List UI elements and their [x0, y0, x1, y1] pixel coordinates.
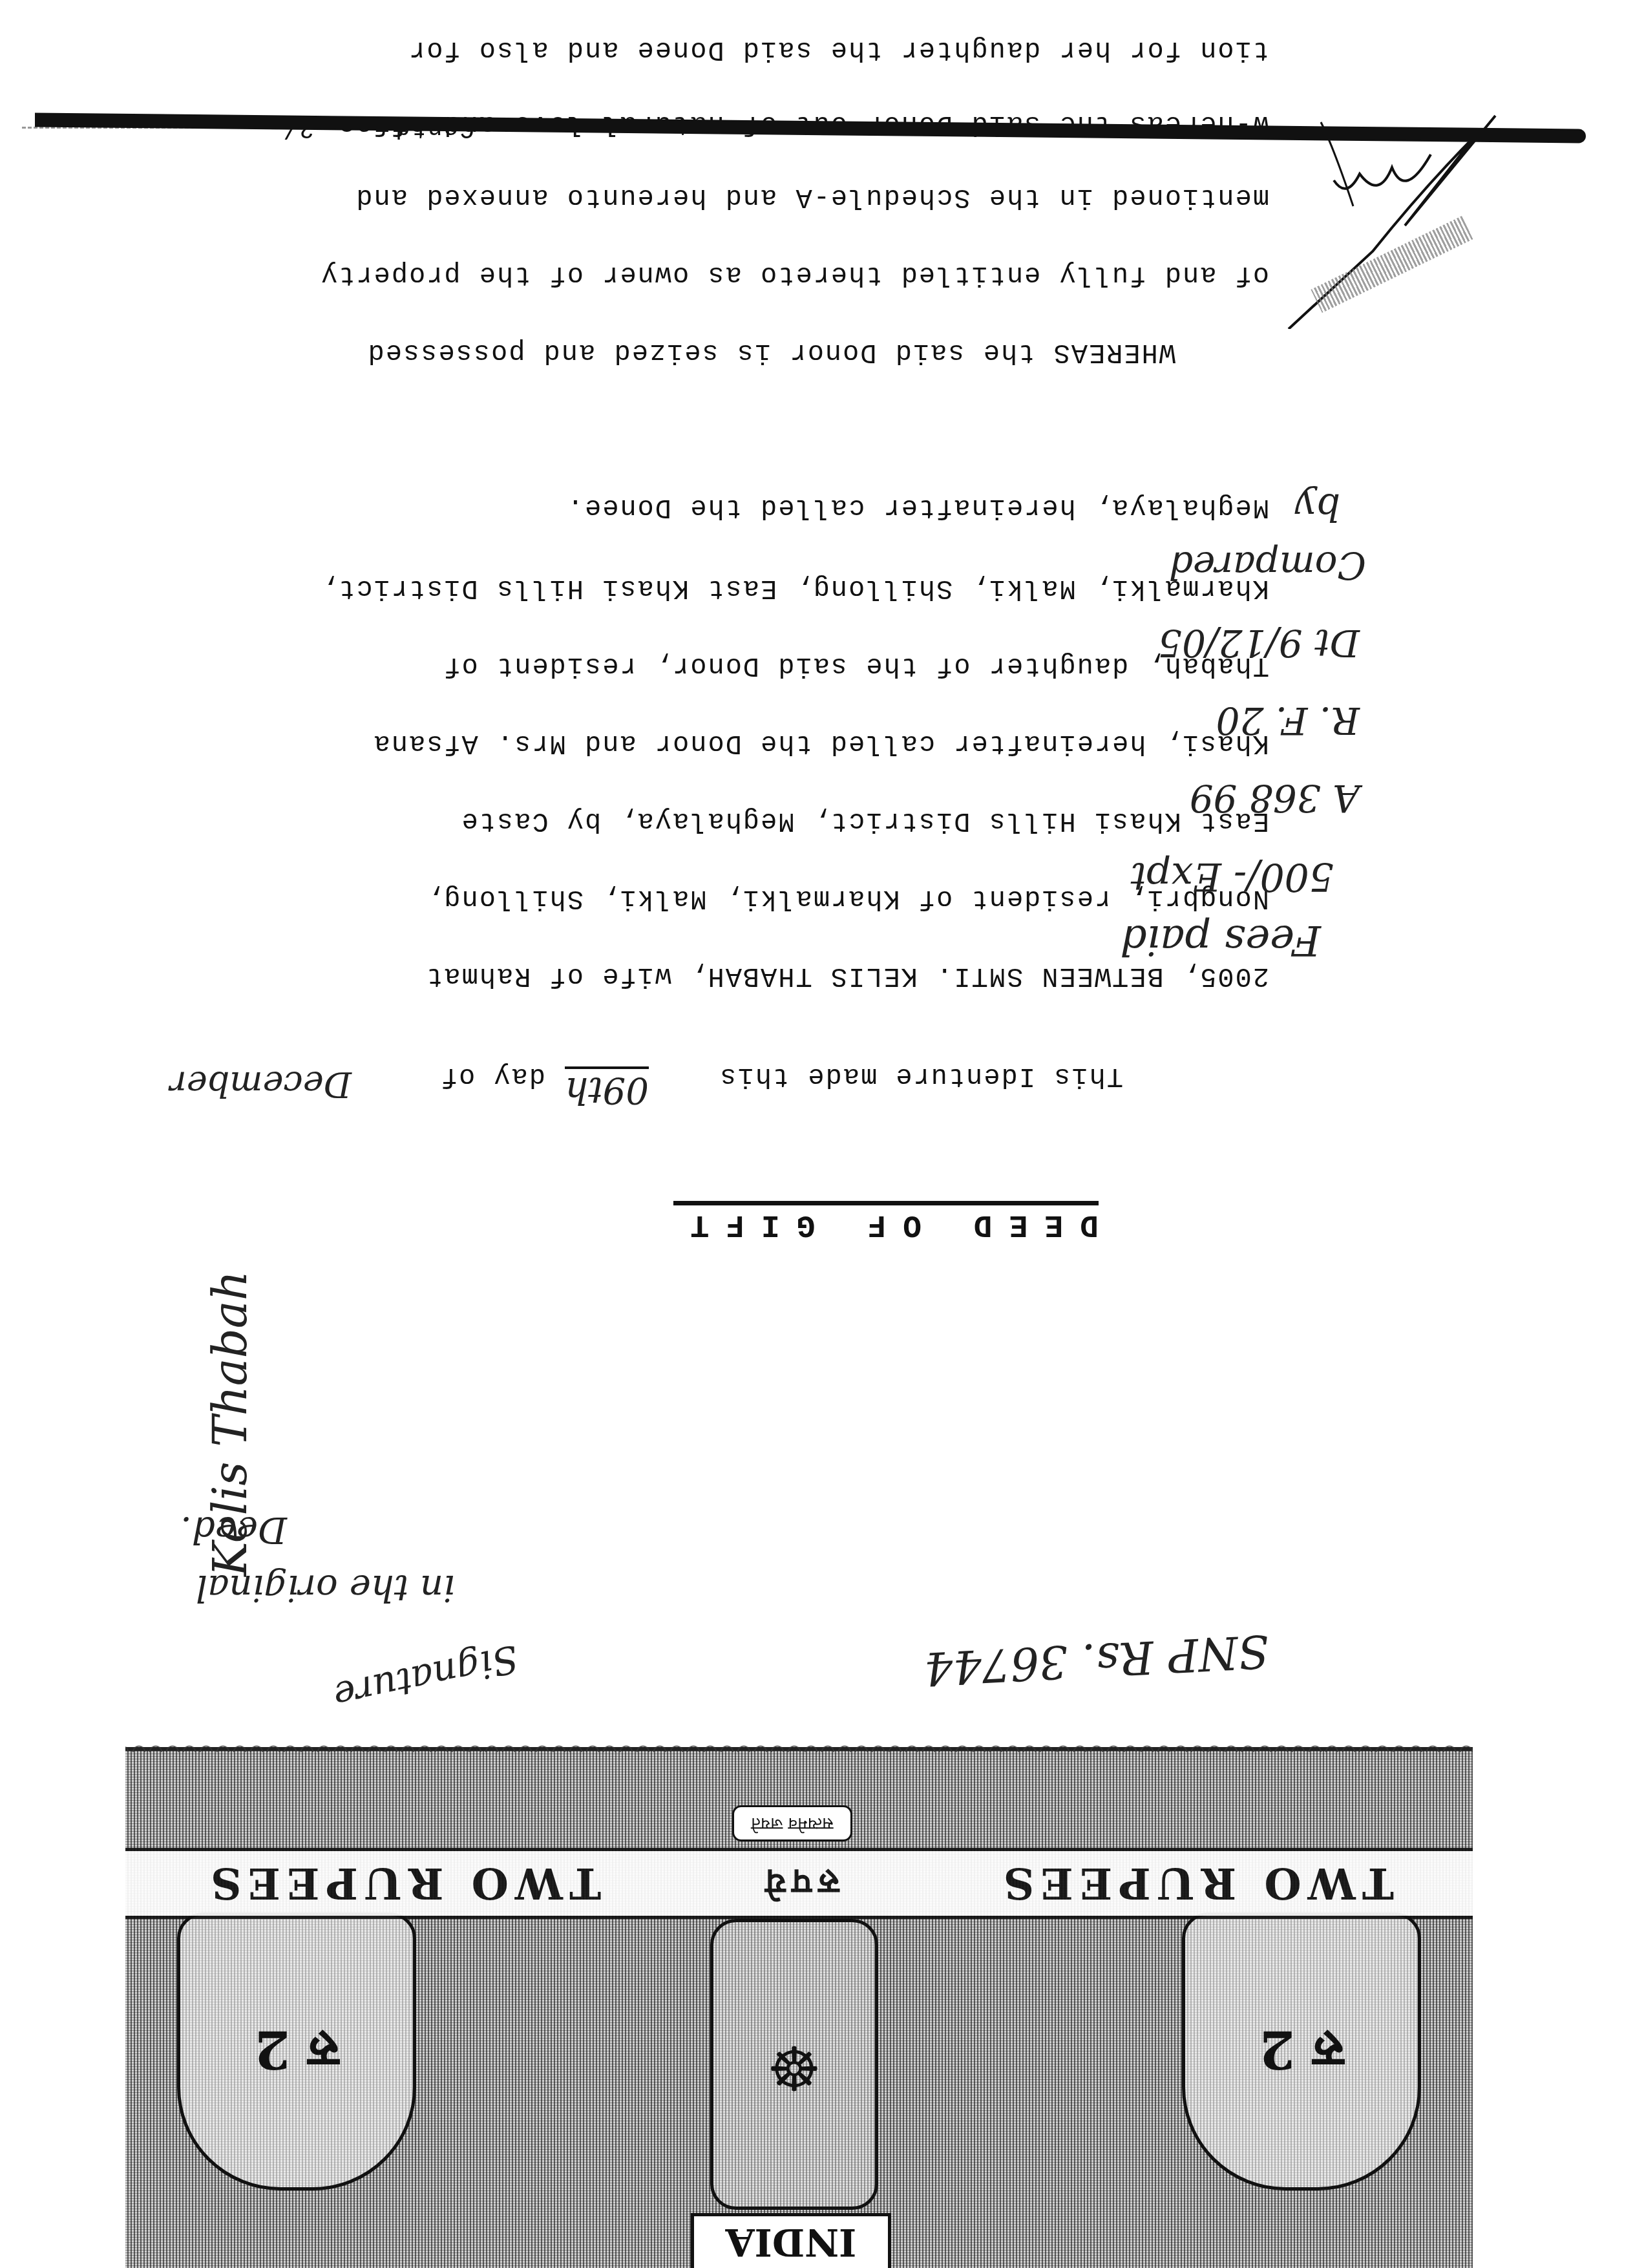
note-compared: Compared [1169, 544, 1366, 588]
donor-signature-margin: Kelis Thabah [203, 1271, 257, 1576]
scanned-deed-page: INDIA रु 2 ☸ रु 2 TWO RUPEES रुपये TWO R… [0, 0, 1644, 2268]
whereas-line: of and fully entitled thereto as owner o… [320, 259, 1269, 290]
note-fee-amount: 500/- Expt [1131, 854, 1334, 899]
stamp-country-label: INDIA [691, 2213, 891, 2268]
paragraph-line: Khasi, hereinafter called the Donor and … [373, 728, 1269, 759]
handwritten-day: 09th [565, 1066, 649, 1111]
denomination-label-right: TWO RUPEES [204, 1858, 601, 1909]
stamp-value-panel-left: रु 2 [1182, 1913, 1421, 2190]
opening-line-prefix: This Identure made this [719, 1061, 1123, 1092]
stamp-wavy-border [125, 1742, 1473, 1752]
paragraph-line: 2005, BETWEEN SMTI. KELIS THABAH, wife o… [425, 960, 1269, 991]
official-signature-icon [1269, 109, 1502, 329]
paragraph-line: East Khasi Hills District, Meghalaya, by… [461, 805, 1269, 836]
handwritten-month: December [170, 1064, 352, 1105]
stamp-note-amount: SNP Rs. 36744 [923, 1624, 1270, 1695]
page-title: DEED OF GIFT [673, 1201, 1099, 1242]
paragraph-line: Meghalaya, hereinafter called the Donee. [566, 492, 1269, 523]
stamp-note-signature: Signature [330, 1637, 522, 1719]
denomination-label-hindi: रुपये [759, 1860, 839, 1907]
whereas-line: WHEREAS the said Donor is seized and pos… [367, 337, 1175, 368]
opening-line-middle: day of [440, 1061, 545, 1092]
paragraph-line: Kharmalki, Malki, Shillong, East Khasi H… [320, 573, 1269, 604]
stamp-paper: INDIA रु 2 ☸ रु 2 TWO RUPEES रुपये TWO R… [125, 1747, 1473, 2268]
paragraph-line: Thabah, daughter of the said Donor, resi… [443, 650, 1269, 681]
note-receipt-number: A 368 99 [1190, 776, 1360, 820]
stamp-denomination-band: TWO RUPEES रुपये TWO RUPEES [125, 1848, 1473, 1919]
note-registration-fee: R. F. 20 [1216, 699, 1360, 743]
note-fees-paid: Fees paid [1121, 916, 1321, 964]
ashoka-emblem-icon: ☸ [710, 1919, 878, 2210]
note-compared-by: by [1295, 485, 1340, 529]
stamp-value-panel-right: रु 2 [177, 1913, 416, 2190]
whereas-line: tion for her daughter the said Donee and… [408, 34, 1269, 65]
denomination-label-left: TWO RUPEES [997, 1858, 1394, 1909]
whereas-line: mentioned in the Schedule-A and hereunto… [355, 182, 1269, 213]
note-date: Dt 9/12/05 [1158, 621, 1360, 665]
emblem-caption: सत्यमेव जयते [732, 1805, 852, 1841]
